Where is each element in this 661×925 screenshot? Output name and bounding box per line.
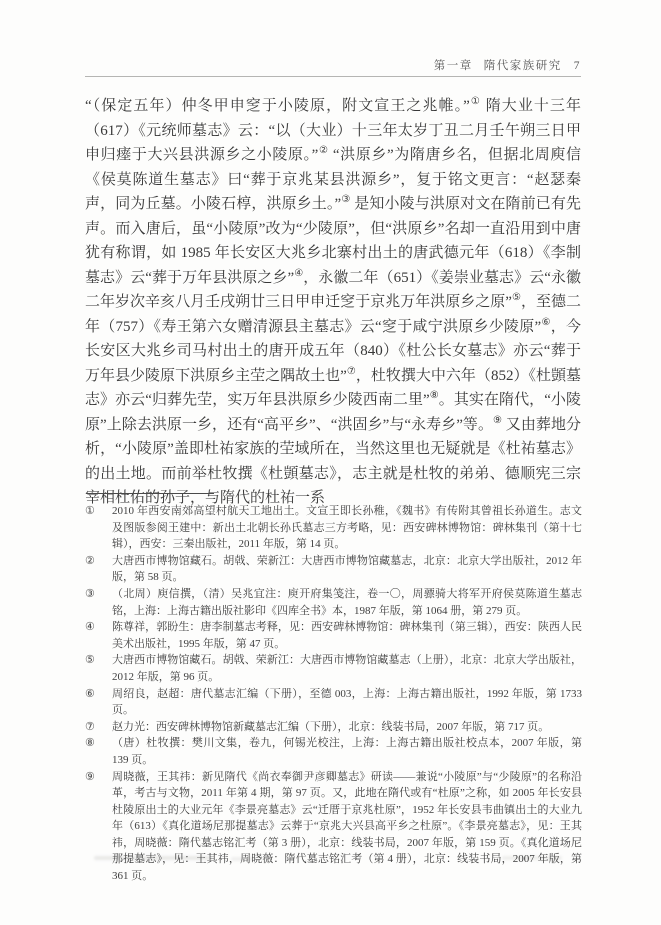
- footnote-text: 赵力光：西安碑林博物馆新藏墓志汇编（下册），北京：线装书局，2007 年版，第 …: [112, 719, 582, 736]
- footnote-ref: ⑨: [493, 415, 502, 426]
- footnote-text: 陈尊祥，郭盼生：唐李制墓志考释，见：西安碑林博物馆：碑林集刊（第三辑），西安：陕…: [112, 619, 582, 652]
- footnote-marker: ④: [85, 619, 112, 636]
- footnote-item: ④陈尊祥，郭盼生：唐李制墓志考释，见：西安碑林博物馆：碑林集刊（第三辑），西安：…: [85, 619, 582, 652]
- footnote-ref: ①: [470, 96, 481, 107]
- footnote-item: ①2010 年西安南郊高望村航天工地出土。文宣王即长孙稚，《魏书》有传附其曾祖长…: [85, 503, 582, 553]
- header-chapter: 第一章: [434, 57, 473, 73]
- footnote-marker: ①: [85, 503, 112, 520]
- scan-artifact: [94, 856, 212, 860]
- footnote-text: 大唐西市博物馆藏石。胡戟、荣新江：大唐西市博物馆藏墓志（上册），北京：北京大学出…: [112, 652, 582, 685]
- footnote-ref: ⑦: [347, 366, 356, 377]
- footnote-text: 大唐西市博物馆藏石。胡戟、荣新江：大唐西市博物馆藏墓志，北京：北京大学出版社，2…: [112, 553, 582, 586]
- main-paragraph: “（保定五年）仲冬甲申窆于小陵原，附文宣王之兆帷。”① 隋大业十三年（617）《…: [85, 94, 581, 511]
- header-page-number: 7: [574, 60, 581, 72]
- footnote-ref: ④: [294, 268, 303, 279]
- scan-artifact: [502, 856, 562, 860]
- footnote-marker: ③: [85, 586, 112, 603]
- header-title: 隋代家族研究: [484, 57, 562, 73]
- footnote-ref: ⑧: [430, 390, 439, 401]
- scan-artifact: [231, 857, 255, 861]
- footnote-item: ③（北周）庾信撰，（清）吴兆宜注：庾开府集笺注，卷一〇，周骠骑大将军开府侯莫陈道…: [85, 586, 582, 619]
- footnote-ref: ⑥: [541, 317, 551, 328]
- footnote-ref: ⑤: [512, 292, 521, 303]
- footnote-text: 周晓薇，王其祎：新见隋代《尚衣奉御尹彦卿墓志》研读——兼说“小陵原”与“少陵原”…: [112, 769, 582, 885]
- footnote-item: ⑤大唐西市博物馆藏石。胡戟、荣新江：大唐西市博物馆藏墓志（上册），北京：北京大学…: [85, 652, 582, 685]
- footnote-text: （北周）庾信撰，（清）吴兆宜注：庾开府集笺注，卷一〇，周骠骑大将军开府侯莫陈道生…: [112, 586, 582, 619]
- footnotes-section: ①2010 年西安南郊高望村航天工地出土。文宣王即长孙稚，《魏书》有传附其曾祖长…: [85, 503, 582, 885]
- footnote-marker: ⑤: [85, 652, 112, 669]
- running-header: 第一章 隋代家族研究 7: [85, 57, 581, 73]
- footnote-marker: ⑧: [85, 735, 112, 752]
- footnote-marker: ⑨: [85, 769, 112, 786]
- footnote-item: ⑨周晓薇，王其祎：新见隋代《尚衣奉御尹彦卿墓志》研读——兼说“小陵原”与“少陵原…: [85, 769, 582, 885]
- footnote-marker: ⑦: [85, 719, 112, 736]
- footnote-item: ⑧（唐）杜牧撰：樊川文集，卷九，何锡光校注，上海：上海古籍出版社校点本，2007…: [85, 735, 582, 768]
- footnote-text: 2010 年西安南郊高望村航天工地出土。文宣王即长孙稚，《魏书》有传附其曾祖长孙…: [112, 503, 582, 553]
- footnote-marker: ②: [85, 553, 112, 570]
- footnote-separator-rule: [86, 493, 214, 494]
- footnote-text: （唐）杜牧撰：樊川文集，卷九，何锡光校注，上海：上海古籍出版社校点本，2007 …: [112, 735, 582, 768]
- footnote-ref: ②: [318, 145, 328, 156]
- book-page: 第一章 隋代家族研究 7 “（保定五年）仲冬甲申窆于小陵原，附文宣王之兆帷。”①…: [0, 0, 661, 925]
- footnote-item: ⑦赵力光：西安碑林博物馆新藏墓志汇编（下册），北京：线装书局，2007 年版，第…: [85, 719, 582, 736]
- footnote-text: 周绍良，赵超：唐代墓志汇编（下册），至德 003，上海：上海古籍出版社，1992…: [112, 686, 582, 719]
- footnote-ref: ③: [341, 194, 350, 205]
- footnote-marker: ⑥: [85, 686, 112, 703]
- footnote-item: ②大唐西市博物馆藏石。胡戟、荣新江：大唐西市博物馆藏墓志，北京：北京大学出版社，…: [85, 553, 582, 586]
- header-rule: [85, 76, 581, 77]
- footnote-item: ⑥周绍良，赵超：唐代墓志汇编（下册），至德 003，上海：上海古籍出版社，199…: [85, 686, 582, 719]
